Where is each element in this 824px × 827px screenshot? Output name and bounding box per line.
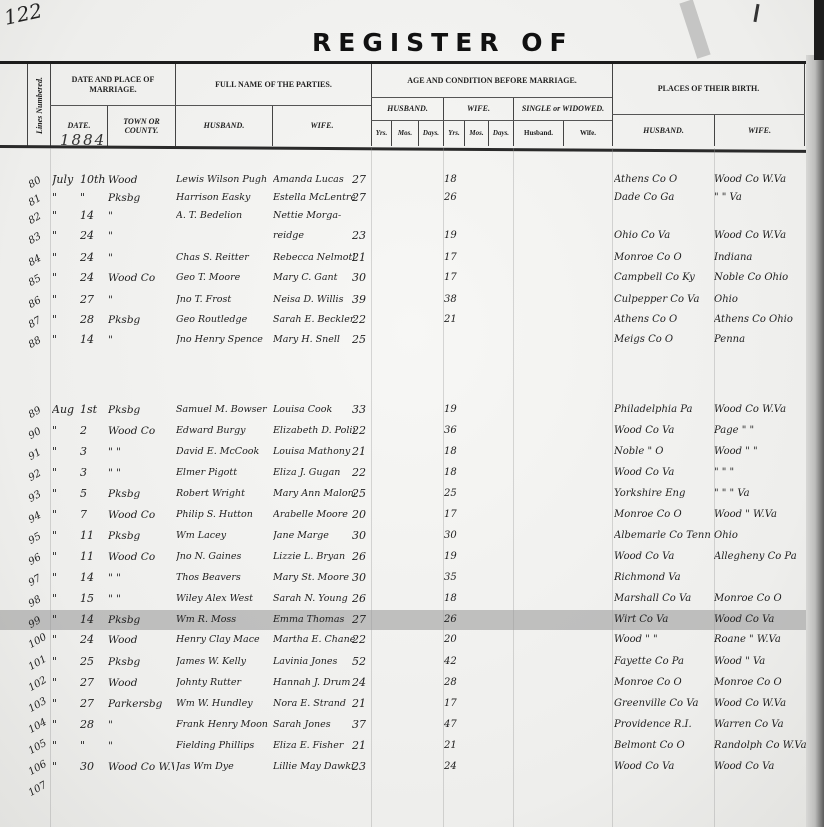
wife-name: Martha E. Chaney [273, 630, 355, 650]
marriage-day: 3 [80, 442, 106, 462]
w-mos-header: Mos. [464, 121, 488, 146]
wife-name: Mary C. Gant [273, 268, 355, 288]
register-row: 97"14" "Thos BeaversMary St. Moore3035Ri… [0, 568, 806, 588]
marriage-town: Wood Co W.Va [108, 757, 174, 777]
marriage-month: " [52, 694, 78, 714]
h-mos-header: Mos. [391, 121, 418, 146]
marriage-town: Pksbg [108, 526, 174, 546]
husband-name: Jas Wm Dye [176, 757, 272, 777]
wife-birthplace: Wood Co W.Va [714, 226, 806, 246]
husband-name: Wm R. Moss [176, 610, 272, 630]
wife-name: Neisa D. Willis [273, 290, 355, 310]
register-row: 106"30Wood Co W.VaJas Wm DyeLillie May D… [0, 757, 806, 777]
marriage-town: Parkersbg [108, 694, 174, 714]
register-row: 86"27"Jno T. FrostNeisa D. Willis3938Cul… [0, 290, 806, 310]
wife-birthplace [714, 778, 806, 798]
wife-age [444, 206, 466, 226]
wife-age: 24 [444, 757, 466, 777]
wife-age [444, 330, 466, 350]
husband-name: Lewis Wilson Pugh [176, 170, 272, 190]
h-days-header: Days. [418, 121, 443, 146]
marriage-month: " [52, 484, 78, 504]
marriage-town: " [108, 330, 174, 350]
marriage-town: Pksbg [108, 400, 174, 420]
husband-age: 27 [352, 170, 374, 190]
wife-name: Sarah E. Beckler [273, 310, 355, 330]
wife-name: Louisa Mathony [273, 442, 355, 462]
husband-birthplace [614, 778, 714, 798]
marriage-day: 5 [80, 484, 106, 504]
page-title: REGISTER OF [312, 28, 574, 57]
husband-age: 37 [352, 715, 374, 735]
lines-numbered-label: Lines Numbered. [35, 77, 44, 134]
ink-mark [753, 4, 759, 22]
husband-name: Thos Beavers [176, 568, 272, 588]
register-row: 87"28PksbgGeo RoutledgeSarah E. Beckler2… [0, 310, 806, 330]
marriage-town: Wood Co [108, 547, 174, 567]
marriage-town: Wood Co [108, 421, 174, 441]
husband-birthplace: Wood Co Va [614, 757, 714, 777]
marriage-month: " [52, 290, 78, 310]
h-yrs-header: Yrs. [371, 121, 391, 146]
wife-age: 35 [444, 568, 466, 588]
register-row: 94"7Wood CoPhilip S. HuttonArabelle Moor… [0, 505, 806, 525]
marriage-day: 11 [80, 547, 106, 567]
age-wife-header: WIFE. [443, 98, 513, 120]
husband-birthplace: Yorkshire Eng [614, 484, 714, 504]
register-row: 83"24"reidge2319Ohio Co VaWood Co W.Va [0, 226, 806, 246]
register-row: 92"3" "Elmer PigottEliza J. Gugan2218Woo… [0, 463, 806, 483]
wife-birthplace [714, 568, 806, 588]
marriage-town: " [108, 715, 174, 735]
register-row: 98"15" "Wiley Alex WestSarah N. Young261… [0, 589, 806, 609]
wife-name: Mary H. Snell [273, 330, 355, 350]
register-row: 80July10thWoodLewis Wilson PughAmanda Lu… [0, 170, 806, 190]
wife-birthplace: Indiana [714, 248, 806, 268]
register-row: 85"24Wood CoGeo T. MooreMary C. Gant3017… [0, 268, 806, 288]
marriage-day: 7 [80, 505, 106, 525]
husband-age: 52 [352, 652, 374, 672]
ink-smudge [679, 0, 710, 59]
husband-name: Harrison Easky [176, 188, 272, 208]
marriage-town: " [108, 206, 174, 226]
birth-wife-header: WIFE. [714, 115, 805, 146]
husband-age: 21 [352, 736, 374, 756]
register-row: 107 [0, 778, 806, 798]
wife-birthplace: " " Va [714, 188, 806, 208]
husband-birthplace: Wood Co Va [614, 463, 714, 483]
age-husband-header: HUSBAND. [371, 98, 443, 120]
marriage-day: 30 [80, 757, 106, 777]
wife-age: 18 [444, 170, 466, 190]
husband-name: Fielding Phillips [176, 736, 272, 756]
wife-age: 17 [444, 694, 466, 714]
wife-birthplace: Wood " " [714, 442, 806, 462]
husband-age: 21 [352, 248, 374, 268]
marriage-town: " [108, 248, 174, 268]
wife-birthplace: Monroe Co O [714, 673, 806, 693]
husband-birthplace [614, 206, 714, 226]
lines-numbered-header: Lines Numbered. [27, 64, 50, 146]
marriage-day: 1st [80, 400, 106, 420]
husband-age: 26 [352, 547, 374, 567]
wife-age: 19 [444, 547, 466, 567]
marriage-town: " " [108, 442, 174, 462]
husband-name: Chas S. Reitter [176, 248, 272, 268]
marriage-town: " [108, 226, 174, 246]
wife-birthplace: Monroe Co O [714, 589, 806, 609]
wife-name-header: WIFE. [272, 106, 371, 146]
husband-age: 27 [352, 610, 374, 630]
marriage-town: " " [108, 463, 174, 483]
marriage-month: " [52, 248, 78, 268]
husband-age: 27 [352, 188, 374, 208]
register-row: 95"11PksbgWm LaceyJane Marge3030Albemarl… [0, 526, 806, 546]
wife-birthplace: Wood Co W.Va [714, 170, 806, 190]
husband-age: 26 [352, 589, 374, 609]
marriage-day: 10th [80, 170, 106, 190]
marriage-town: " " [108, 568, 174, 588]
wife-birthplace: Roane " W.Va [714, 630, 806, 650]
wife-age: 26 [444, 188, 466, 208]
husband-name [176, 226, 272, 246]
wife-age: 36 [444, 421, 466, 441]
marriage-month: " [52, 610, 78, 630]
sw-husband-header: Husband. [513, 121, 563, 146]
husband-birthplace: Athens Co O [614, 310, 714, 330]
marriage-month: " [52, 226, 78, 246]
marriage-town: Wood [108, 673, 174, 693]
header-bottom-rule [0, 145, 806, 153]
register-page: 122 REGISTER OF Lines Numbered. DATE AND… [0, 0, 824, 827]
husband-age: 25 [352, 484, 374, 504]
marriage-month: " [52, 206, 78, 226]
husband-age: 22 [352, 463, 374, 483]
register-row: 90"2Wood CoEdward BurgyElizabeth D. Poli… [0, 421, 806, 441]
register-row: 102"27WoodJohnty RutterHannah J. Drum242… [0, 673, 806, 693]
husband-age [352, 778, 374, 798]
husband-birthplace: Culpepper Co Va [614, 290, 714, 310]
husband-birthplace: Greenville Co Va [614, 694, 714, 714]
wife-name: Jane Marge [273, 526, 355, 546]
wife-age: 28 [444, 673, 466, 693]
husband-name-header: HUSBAND. [175, 106, 272, 146]
wife-birthplace: Ohio [714, 290, 806, 310]
marriage-town: Wood [108, 170, 174, 190]
husband-birthplace: Dade Co Ga [614, 188, 714, 208]
husband-age: 39 [352, 290, 374, 310]
wife-birthplace: Noble Co Ohio [714, 268, 806, 288]
marriage-day [80, 778, 106, 798]
marriage-town: Pksbg [108, 652, 174, 672]
wife-age: 17 [444, 248, 466, 268]
husband-birthplace: Providence R.I. [614, 715, 714, 735]
husband-age: 25 [352, 330, 374, 350]
husband-age: 30 [352, 526, 374, 546]
wife-name: Nettie Morga- [273, 206, 355, 226]
husband-birthplace: Richmond Va [614, 568, 714, 588]
marriage-month: " [52, 526, 78, 546]
wife-name [273, 778, 355, 798]
page-number: 122 [2, 0, 44, 30]
wife-birthplace: Allegheny Co Pa [714, 547, 806, 567]
wife-age: 18 [444, 589, 466, 609]
wife-birthplace: Page " " [714, 421, 806, 441]
husband-birthplace: Philadelphia Pa [614, 400, 714, 420]
marriage-day: 14 [80, 206, 106, 226]
husband-name: Robert Wright [176, 484, 272, 504]
husband-name: Johnty Rutter [176, 673, 272, 693]
marriage-day: 2 [80, 421, 106, 441]
wife-name: Estella McLentree [273, 188, 355, 208]
marriage-month: " [52, 715, 78, 735]
marriage-month: " [52, 673, 78, 693]
marriage-day: 27 [80, 694, 106, 714]
wife-age: 42 [444, 652, 466, 672]
husband-name: A. T. Bedelion [176, 206, 272, 226]
register-row: 89Aug1stPksbgSamuel M. BowserLouisa Cook… [0, 400, 806, 420]
marriage-town: " " [108, 589, 174, 609]
marriage-day: 24 [80, 226, 106, 246]
husband-name: Jno N. Gaines [176, 547, 272, 567]
husband-age [352, 206, 374, 226]
wife-birthplace: " " " Va [714, 484, 806, 504]
register-row: 105"""Fielding PhillipsEliza E. Fisher21… [0, 736, 806, 756]
marriage-month [52, 778, 78, 798]
marriage-town: " [108, 736, 174, 756]
wife-birthplace [714, 206, 806, 226]
marriage-month: " [52, 589, 78, 609]
wife-age: 20 [444, 630, 466, 650]
husband-name: Geo Routledge [176, 310, 272, 330]
husband-name: Wm Lacey [176, 526, 272, 546]
husband-name: Elmer Pigott [176, 463, 272, 483]
husband-birthplace: Monroe Co O [614, 248, 714, 268]
single-widowed-header: SINGLE or WIDOWED. [513, 98, 612, 120]
w-days-header: Days. [488, 121, 513, 146]
husband-age: 22 [352, 310, 374, 330]
marriage-day: 24 [80, 248, 106, 268]
marriage-day: " [80, 188, 106, 208]
husband-birthplace: Athens Co O [614, 170, 714, 190]
husband-birthplace: Belmont Co O [614, 736, 714, 756]
marriage-town: Wood [108, 630, 174, 650]
w-yrs-header: Yrs. [443, 121, 464, 146]
sw-wife-header: Wife. [563, 121, 612, 146]
wife-age: 17 [444, 505, 466, 525]
wife-name: Eliza J. Gugan [273, 463, 355, 483]
husband-birthplace: Monroe Co O [614, 673, 714, 693]
marriage-day: 11 [80, 526, 106, 546]
wife-name: Sarah Jones [273, 715, 355, 735]
town-county-header: TOWN OR COUNTY. [107, 106, 175, 146]
marriage-day: 14 [80, 330, 106, 350]
marriage-town [108, 778, 174, 798]
marriage-town: " [108, 290, 174, 310]
marriage-month: " [52, 547, 78, 567]
wife-birthplace: Wood Co Va [714, 757, 806, 777]
wife-name: Elizabeth D. Poling [273, 421, 355, 441]
register-row: 88"14"Jno Henry SpenceMary H. Snell25Mei… [0, 330, 806, 350]
husband-age: 22 [352, 421, 374, 441]
marriage-day: 27 [80, 673, 106, 693]
husband-age: 23 [352, 757, 374, 777]
husband-birthplace: Monroe Co O [614, 505, 714, 525]
register-row: 93"5PksbgRobert WrightMary Ann Maloney25… [0, 484, 806, 504]
husband-age: 24 [352, 673, 374, 693]
husband-age: 33 [352, 400, 374, 420]
wife-birthplace: Athens Co Ohio [714, 310, 806, 330]
husband-name: Wiley Alex West [176, 589, 272, 609]
husband-age: 21 [352, 442, 374, 462]
wife-age: 25 [444, 484, 466, 504]
husband-birthplace: Ohio Co Va [614, 226, 714, 246]
marriage-town: Pksbg [108, 310, 174, 330]
wife-birthplace: Wood Co W.Va [714, 694, 806, 714]
husband-age: 30 [352, 568, 374, 588]
wife-name: Sarah N. Young [273, 589, 355, 609]
marriage-day: 28 [80, 310, 106, 330]
marriage-month: July [52, 170, 78, 190]
husband-name: David E. McCook [176, 442, 272, 462]
husband-age: 30 [352, 268, 374, 288]
register-row: 100"24WoodHenry Clay MaceMartha E. Chane… [0, 630, 806, 650]
marriage-month: " [52, 652, 78, 672]
husband-age: 20 [352, 505, 374, 525]
husband-name: James W. Kelly [176, 652, 272, 672]
wife-birthplace: Warren Co Va [714, 715, 806, 735]
wife-birthplace: Wood Co Va [714, 610, 806, 630]
husband-age: 23 [352, 226, 374, 246]
marriage-month: Aug [52, 400, 78, 420]
marriage-month: " [52, 736, 78, 756]
wife-name: Rebecca Nelmoth [273, 248, 355, 268]
wife-age: 19 [444, 226, 466, 246]
wife-birthplace: Wood " Va [714, 652, 806, 672]
register-row: 84"24"Chas S. ReitterRebecca Nelmoth2117… [0, 248, 806, 268]
husband-name: Philip S. Hutton [176, 505, 272, 525]
age-condition-header: AGE AND CONDITION BEFORE MARRIAGE. [371, 64, 612, 97]
wife-name: Lizzie L. Bryan [273, 547, 355, 567]
wife-age: 21 [444, 736, 466, 756]
register-row-highlighted: 99"14PksbgWm R. MossEmma Thomas2726Wirt … [0, 610, 806, 630]
marriage-month: " [52, 268, 78, 288]
wife-name: Mary Ann Maloney [273, 484, 355, 504]
husband-birthplace: Wirt Co Va [614, 610, 714, 630]
wife-name: Louisa Cook [273, 400, 355, 420]
wife-birthplace: Wood " W.Va [714, 505, 806, 525]
marriage-month: " [52, 630, 78, 650]
wife-age: 30 [444, 526, 466, 546]
husband-birthplace: Marshall Co Va [614, 589, 714, 609]
wife-name: Amanda Lucas [273, 170, 355, 190]
wife-age: 26 [444, 610, 466, 630]
wife-name: Lavinia Jones [273, 652, 355, 672]
wife-birthplace: " " " [714, 463, 806, 483]
register-row: 81""PksbgHarrison EaskyEstella McLentree… [0, 188, 806, 208]
page-edge-top [814, 0, 824, 60]
marriage-town: Wood Co [108, 505, 174, 525]
places-birth-header: PLACES OF THEIR BIRTH. [612, 64, 805, 114]
wife-birthplace: Wood Co W.Va [714, 400, 806, 420]
page-edge [806, 55, 824, 827]
husband-age: 21 [352, 694, 374, 714]
marriage-month: " [52, 442, 78, 462]
husband-name: Henry Clay Mace [176, 630, 272, 650]
wife-name: Mary St. Moore [273, 568, 355, 588]
husband-birthplace: Wood " " [614, 630, 714, 650]
marriage-month: " [52, 463, 78, 483]
wife-name: Arabelle Moore [273, 505, 355, 525]
wife-name: Eliza E. Fisher [273, 736, 355, 756]
husband-name: Geo T. Moore [176, 268, 272, 288]
marriage-day: 3 [80, 463, 106, 483]
husband-birthplace: Wood Co Va [614, 421, 714, 441]
husband-birthplace: Albemarle Co Tenn [614, 526, 714, 546]
marriage-day: " [80, 736, 106, 756]
marriage-day: 28 [80, 715, 106, 735]
register-row: 104"28"Frank Henry MoonSarah Jones3747Pr… [0, 715, 806, 735]
register-row: 82"14"A. T. BedelionNettie Morga- [0, 206, 806, 226]
wife-birthplace: Ohio [714, 526, 806, 546]
marriage-month: " [52, 757, 78, 777]
marriage-day: 15 [80, 589, 106, 609]
marriage-day: 24 [80, 268, 106, 288]
wife-age: 47 [444, 715, 466, 735]
marriage-month: " [52, 421, 78, 441]
husband-age: 22 [352, 630, 374, 650]
husband-birthplace: Noble " O [614, 442, 714, 462]
wife-age: 17 [444, 268, 466, 288]
marriage-town: Wood Co [108, 268, 174, 288]
wife-birthplace: Randolph Co W.Va [714, 736, 806, 756]
wife-age [444, 778, 466, 798]
register-row: 91"3" "David E. McCookLouisa Mathony2118… [0, 442, 806, 462]
wife-age: 19 [444, 400, 466, 420]
husband-name: Jno T. Frost [176, 290, 272, 310]
marriage-day: 25 [80, 652, 106, 672]
wife-name: Hannah J. Drum [273, 673, 355, 693]
husband-birthplace: Campbell Co Ky [614, 268, 714, 288]
wife-name: reidge [273, 226, 355, 246]
marriage-town: Pksbg [108, 484, 174, 504]
wife-age: 21 [444, 310, 466, 330]
husband-name: Wm W. Hundley [176, 694, 272, 714]
marriage-month: " [52, 568, 78, 588]
husband-birthplace: Wood Co Va [614, 547, 714, 567]
date-place-header: DATE AND PLACE OF MARRIAGE. [50, 64, 175, 105]
marriage-day: 27 [80, 290, 106, 310]
marriage-month: " [52, 310, 78, 330]
marriage-town: Pksbg [108, 610, 174, 630]
marriage-month: " [52, 330, 78, 350]
husband-name: Edward Burgy [176, 421, 272, 441]
husband-birthplace: Meigs Co O [614, 330, 714, 350]
wife-name: Emma Thomas [273, 610, 355, 630]
marriage-month: " [52, 505, 78, 525]
wife-name: Nora E. Strand [273, 694, 355, 714]
husband-name: Jno Henry Spence [176, 330, 272, 350]
register-row: 103"27ParkersbgWm W. HundleyNora E. Stra… [0, 694, 806, 714]
birth-husband-header: HUSBAND. [612, 115, 714, 146]
husband-name [176, 778, 272, 798]
marriage-day: 24 [80, 630, 106, 650]
wife-age: 18 [444, 463, 466, 483]
husband-name: Samuel M. Bowser [176, 400, 272, 420]
husband-name: Frank Henry Moon [176, 715, 272, 735]
marriage-month: " [52, 188, 78, 208]
full-name-header: FULL NAME OF THE PARTIES. [175, 64, 371, 105]
